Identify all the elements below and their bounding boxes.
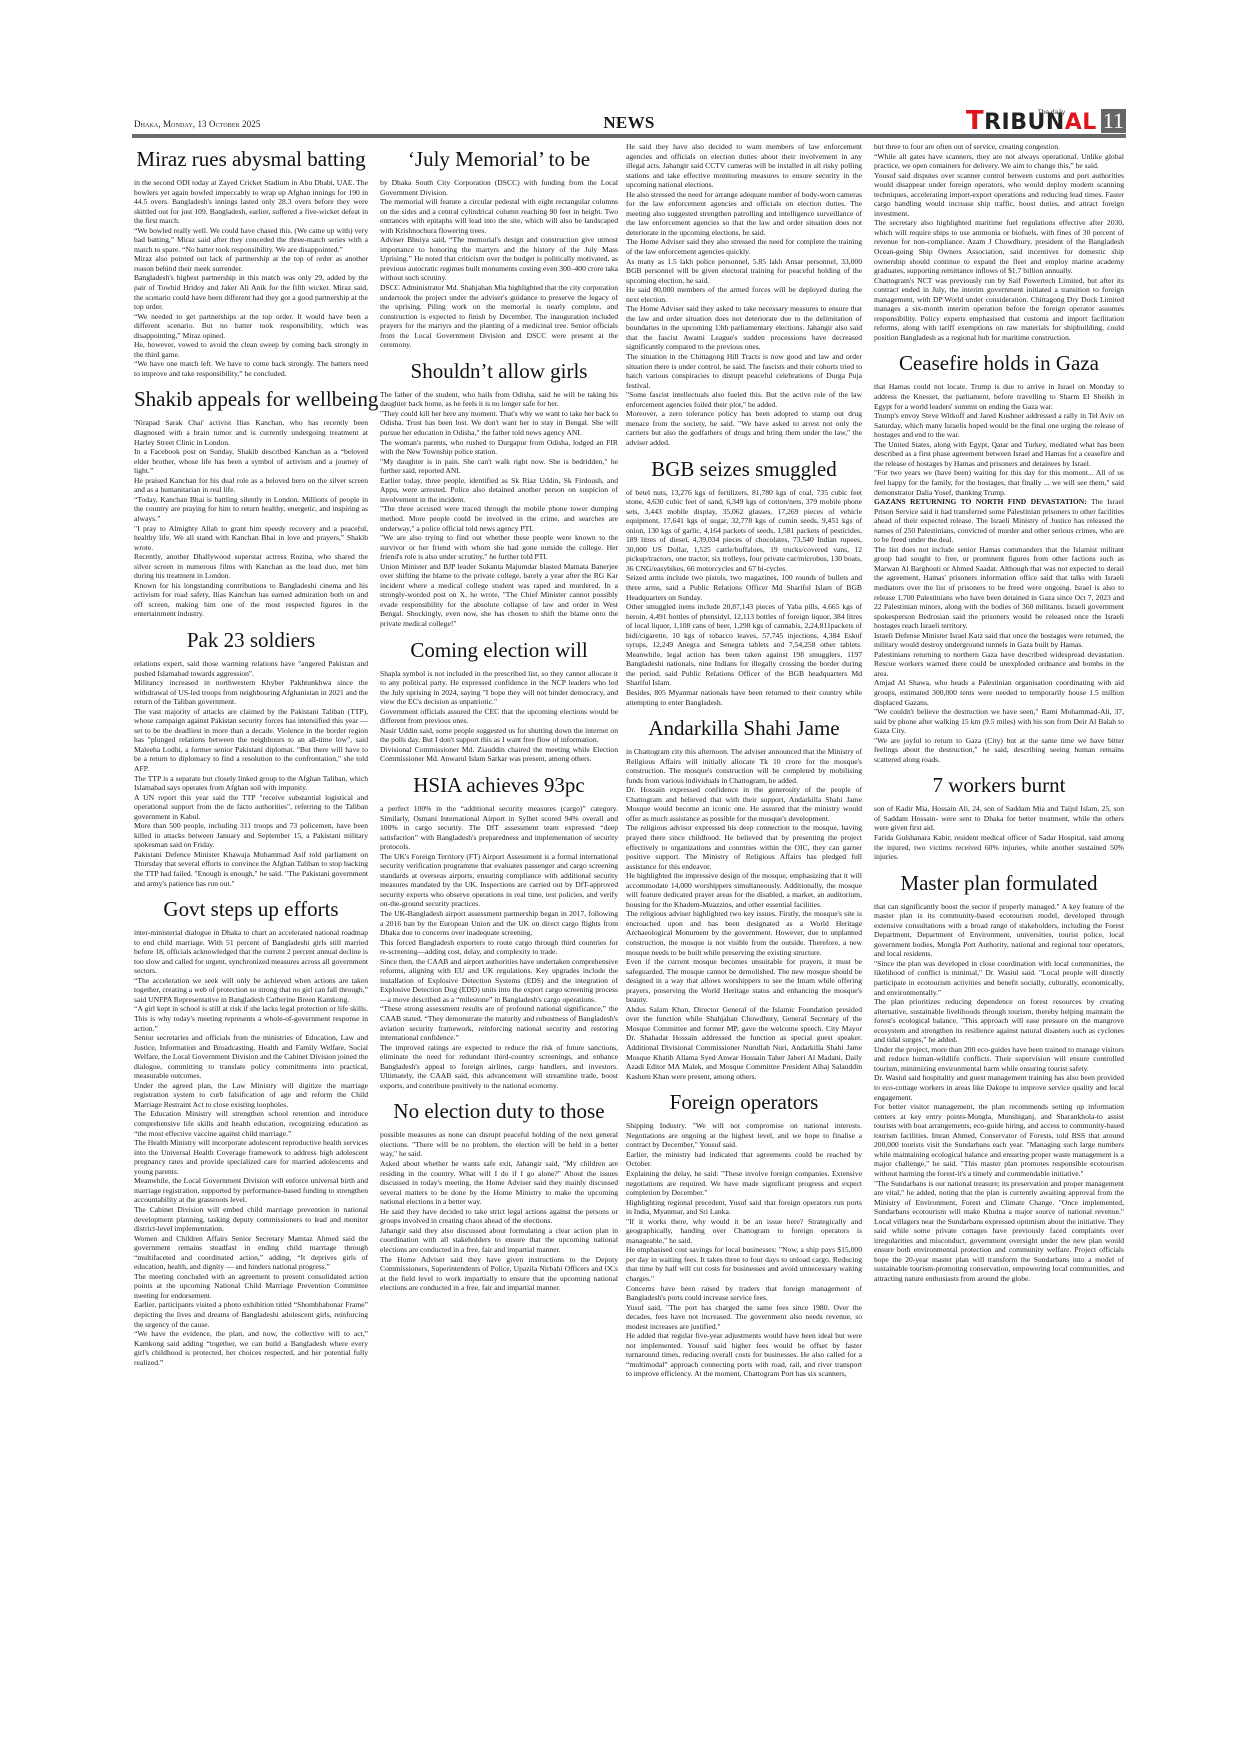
article-headline: Master plan formulated — [874, 870, 1124, 896]
article: ‘July Memorial’ to beby Dhaka South City… — [380, 146, 618, 350]
article-paragraph: in Chattogram city this afternoon. The a… — [626, 747, 862, 785]
header-rule — [132, 134, 1126, 138]
article-headline: Shakib appeals for wellbeing — [134, 386, 368, 412]
article-paragraph: Chattogram's NCT was previously run by S… — [874, 276, 1124, 343]
article-paragraph: Highlighting regional precedent, Yusuf s… — [626, 1198, 862, 1217]
article-paragraph: The list does not include senior Hamas c… — [874, 545, 1124, 631]
article-paragraph: Even if the current mosque becomes unsui… — [626, 957, 862, 1005]
article-paragraph: The vast majority of attacks are claimed… — [134, 707, 368, 774]
article-headline: No election duty to those — [380, 1098, 618, 1124]
article-paragraph: Divisional Commissioner Md. Ziauddin cha… — [380, 745, 618, 764]
article-paragraph: A UN report this year said the TTP "rece… — [134, 793, 368, 822]
article-paragraph: Israeli Defense Minister Israel Katz sai… — [874, 631, 1124, 650]
article-paragraph: “Today, Kanchan Bhai is battling silentl… — [134, 495, 368, 524]
article-paragraph: Adviser Bhuiya said, “The memorial's des… — [380, 235, 618, 283]
article-paragraph: “We have one match left. We have to come… — [134, 359, 368, 378]
subhead-lead: GAZANS RETURNING TO NORTH FIND DEVASTATI… — [874, 497, 1087, 506]
article-paragraph: The religious advisor expressed his deep… — [626, 823, 862, 871]
article-paragraph: “These strong assessment results are of … — [380, 1004, 618, 1042]
article-paragraph: As many as 1.5 lakh police personnel, 5.… — [626, 257, 862, 286]
article-paragraph: Under the project, more than 200 eco-gui… — [874, 1045, 1124, 1074]
article: HSIA achieves 93pca perfect 100% in the … — [380, 772, 618, 1090]
article-paragraph: Abdus Salam Khan, Director General of th… — [626, 1005, 862, 1081]
article-paragraph: The United States, along with Egypt, Qat… — [874, 440, 1124, 469]
article-paragraph: More than 500 people, including 311 troo… — [134, 821, 368, 850]
article-paragraph: Bangladesh's highest partnership in this… — [134, 273, 368, 311]
article-paragraph: Recently, another Dhallywood superstar a… — [134, 552, 368, 581]
article-paragraph: Asked about whether he wants safe exit, … — [380, 1159, 618, 1207]
article-paragraph: that Hamas could not locate. Trump is du… — [874, 382, 1124, 411]
article-paragraph: Trump's envoy Steve Witkoff and Jared Ku… — [874, 411, 1124, 440]
article-paragraph: "For two years we (have been) waiting fo… — [874, 468, 1124, 497]
article: Shakib appeals for wellbeing'Nirapad Sar… — [134, 386, 368, 618]
article-paragraph: This forced Bangladesh exporters to rout… — [380, 938, 618, 957]
article-paragraph: In a Facebook post on Sunday, Shakib des… — [134, 447, 368, 476]
page-number: 11 — [1101, 109, 1126, 133]
article-paragraph: "The three accused were traced through t… — [380, 504, 618, 533]
article-paragraph: inter-ministerial dialogue in Dhaka to c… — [134, 928, 368, 976]
article-paragraph: "Some fascist intellectuals also fueled … — [626, 390, 862, 409]
article-paragraph: Dr. Hossain expressed confidence in the … — [626, 785, 862, 823]
article-paragraph: “While all gates have scanners, they are… — [874, 152, 1124, 171]
article: Pak 23 soldiersrelations expert, said th… — [134, 627, 368, 888]
article-paragraph: The meeting concluded with an agreement … — [134, 1272, 368, 1301]
article-paragraph: Militancy increased in northwestern Khyb… — [134, 678, 368, 707]
article-paragraph: Miraz also pointed out lack of partnersh… — [134, 254, 368, 273]
article-paragraph: The UK-Bangladesh airport assessment par… — [380, 909, 618, 938]
article-paragraph: GAZANS RETURNING TO NORTH FIND DEVASTATI… — [874, 497, 1124, 545]
article-paragraph: He emphasised cost savings for local bus… — [626, 1245, 862, 1283]
article-paragraph: He said they have decided to take strict… — [380, 1207, 618, 1226]
article-paragraph: He, however, vowed to avoid the clean sw… — [134, 340, 368, 359]
article-paragraph: The religious adviser highlighted two ke… — [626, 909, 862, 957]
article-headline: Miraz rues abysmal batting — [134, 146, 368, 172]
logo-wordmark: The dailyTRIBUNAL — [966, 111, 1097, 133]
article-paragraph: “The acceleration we seek will only be a… — [134, 976, 368, 1005]
article-paragraph: He praised Kanchan for his dual role as … — [134, 476, 368, 495]
article: 7 workers burntson of Kadir Mia, Hossain… — [874, 772, 1124, 861]
article-paragraph: "I pray to Almighty Allah to grant him s… — [134, 524, 368, 553]
article-paragraph: He said they have also decided to warn m… — [626, 142, 862, 190]
column-4: but three to four are often out of servi… — [874, 142, 1124, 1292]
article-paragraph: The Health Ministry will incorporate ado… — [134, 1138, 368, 1176]
article-headline: BGB seizes smuggled — [626, 456, 862, 482]
article-paragraph: Besides, 805 Myanmar nationals have been… — [626, 688, 862, 707]
article: Ceasefire holds in Gazathat Hamas could … — [874, 350, 1124, 764]
article: Miraz rues abysmal battingin the second … — [134, 146, 368, 378]
article-paragraph: Earlier, participants visited a photo ex… — [134, 1300, 368, 1329]
article-paragraph: "They could kill her here any moment. Th… — [380, 409, 618, 438]
article-paragraph: The woman's parents, who rushed to Durga… — [380, 438, 618, 457]
article-paragraph: The situation in the Chittagong Hill Tra… — [626, 352, 862, 390]
article-paragraph: Government officials assured the CEC tha… — [380, 707, 618, 726]
article-paragraph: “A girl kept in school is still at risk … — [134, 1004, 368, 1033]
article-paragraph: “We have the evidence, the plan, and now… — [134, 1329, 368, 1367]
article-paragraph: Yusuf said, "The port has charged the sa… — [626, 1303, 862, 1332]
article-paragraph: Explaining the delay, he said: "These in… — [626, 1169, 862, 1198]
article-paragraph: He also stressed the need for arrange ad… — [626, 190, 862, 238]
article-paragraph: Amjad Al Shawa, who heads a Palestinian … — [874, 678, 1124, 707]
article-paragraph: but three to four are often out of servi… — [874, 142, 1124, 152]
article: Andarkilla Shahi Jamein Chattogram city … — [626, 715, 862, 1081]
article-headline: Foreign operators — [626, 1089, 862, 1115]
article-paragraph: Yousuf said disputes over scanner contro… — [874, 171, 1124, 219]
article-paragraph: possible measures as none can disrupt pe… — [380, 1130, 618, 1159]
article-paragraph: Shapla symbol is not included in the pre… — [380, 669, 618, 707]
article-paragraph: The UK's Foreign Territory (FT) Airport … — [380, 852, 618, 909]
article-paragraph: of betel nuts, 13,276 kgs of fertilizers… — [626, 488, 862, 574]
article-paragraph: The father of the student, who hails fro… — [380, 390, 618, 409]
article: No election duty to thosepossible measur… — [380, 1098, 618, 1292]
article-paragraph: Shipping Industry. "We will not compromi… — [626, 1121, 862, 1150]
column-2: ‘July Memorial’ to beby Dhaka South City… — [380, 142, 618, 1301]
article-paragraph: Other smuggled items include 20,87,143 p… — [626, 602, 862, 688]
article-headline: 7 workers burnt — [874, 772, 1124, 798]
article-paragraph: 'Nirapad Sarak Chai' activist Ilias Kanc… — [134, 418, 368, 447]
article: Master plan formulatedthat can significa… — [874, 870, 1124, 1284]
article-paragraph: Farida Gulshanara Kabir, resident medica… — [874, 833, 1124, 862]
article-headline: ‘July Memorial’ to be — [380, 146, 618, 172]
article-paragraph: He highlighted the impressive design of … — [626, 871, 862, 909]
article: BGB seizes smuggledof betel nuts, 13,276… — [626, 456, 862, 708]
article-paragraph: Concerns have been raised by traders tha… — [626, 1284, 862, 1303]
article-paragraph: Moreover, a zero tolerance policy has be… — [626, 409, 862, 447]
article-paragraph: The Cabinet Division will embed child ma… — [134, 1205, 368, 1234]
article: Govt steps up effortsinter-ministerial d… — [134, 896, 368, 1367]
article-paragraph: DSCC Administrator Md. Shahjahan Mia hig… — [380, 283, 618, 350]
article-paragraph: For better visitor management, the plan … — [874, 1102, 1124, 1178]
article-paragraph: He added that regular five-year adjustme… — [626, 1331, 862, 1379]
column-1: Miraz rues abysmal battingin the second … — [134, 142, 368, 1375]
article-paragraph: Nasir Uddin said, some people suggested … — [380, 726, 618, 745]
article-paragraph: The secretary also highlighted maritime … — [874, 218, 1124, 275]
article-paragraph: "The Sundarbans is our national treasure… — [874, 1179, 1124, 1284]
article-paragraph: Earlier, the ministry had indicated that… — [626, 1150, 862, 1169]
article-paragraph: The memorial will feature a circular ped… — [380, 197, 618, 235]
article-paragraph: The Education Ministry will strengthen s… — [134, 1109, 368, 1138]
article-headline: Andarkilla Shahi Jame — [626, 715, 862, 741]
article-paragraph: The Home Adviser said they have given in… — [380, 1255, 618, 1293]
article: He said they have also decided to warn m… — [626, 142, 862, 448]
article-paragraph: Seized arms include two pistols, two mag… — [626, 573, 862, 602]
article-paragraph: "Since the plan was developed in close c… — [874, 959, 1124, 997]
logo-tagline: The daily — [1038, 103, 1065, 123]
article-paragraph: a perfect 100% in the “additional securi… — [380, 804, 618, 852]
article-paragraph: "My daughter is in pain. She can't walk … — [380, 457, 618, 476]
article-paragraph: Known for his longstanding contributions… — [134, 581, 368, 619]
article-paragraph: Under the agreed plan, the Law Ministry … — [134, 1081, 368, 1110]
article: Coming election willShapla symbol is not… — [380, 637, 618, 764]
article-headline: HSIA achieves 93pc — [380, 772, 618, 798]
article-paragraph: He said 80,000 members of the armed forc… — [626, 285, 862, 304]
article-paragraph: Union Minister and BJP leader Sukanta Ma… — [380, 562, 618, 629]
article-paragraph: "We couldn't believe the destruction we … — [874, 707, 1124, 736]
article-paragraph: that can significantly boost the sector … — [874, 902, 1124, 959]
masthead: Dhaka, Monday, 13 October 2025 NEWS The … — [132, 100, 1126, 136]
newspaper-logo: The dailyTRIBUNAL 11 — [966, 107, 1126, 133]
article-paragraph: “We bowled really well. We could have ch… — [134, 226, 368, 255]
article: but three to four are often out of servi… — [874, 142, 1124, 342]
article-paragraph: relations expert, said those warming rel… — [134, 659, 368, 678]
column-3: He said they have also decided to warn m… — [626, 142, 862, 1387]
article-paragraph: Dr. Wasiul said hospitality and guest ma… — [874, 1073, 1124, 1102]
article-paragraph: The TTP is a separate but closely linked… — [134, 774, 368, 793]
article-paragraph: by Dhaka South City Corporation (DSCC) w… — [380, 178, 618, 197]
article-paragraph: Women and Children Affairs Senior Secret… — [134, 1234, 368, 1272]
article-headline: Ceasefire holds in Gaza — [874, 350, 1124, 376]
article-paragraph: Palestinians returning to northern Gaza … — [874, 650, 1124, 679]
article-headline: Coming election will — [380, 637, 618, 663]
article-paragraph: The plan prioritizes reducing dependence… — [874, 997, 1124, 1045]
article-paragraph: Pakistani Defence Minister Khawaja Muham… — [134, 850, 368, 888]
article-paragraph: “We needed to get partnerships at the to… — [134, 312, 368, 341]
article-paragraph: The Home Adviser said they asked to take… — [626, 304, 862, 352]
article-paragraph: Meanwhile, the Local Government Division… — [134, 1176, 368, 1205]
article-paragraph: "If it works there, why would it be an i… — [626, 1217, 862, 1246]
article-headline: Pak 23 soldiers — [134, 627, 368, 653]
article-paragraph: Jahangir said they also discussed about … — [380, 1226, 618, 1255]
article-paragraph: The Home Adviser said they also stressed… — [626, 237, 862, 256]
article-paragraph: Earlier today, three people, identified … — [380, 476, 618, 505]
article-paragraph: The improved ratings are expected to red… — [380, 1043, 618, 1091]
article-headline: Shouldn’t allow girls — [380, 358, 618, 384]
article-paragraph: "We are joyful to return to Gaza (City) … — [874, 736, 1124, 765]
article-paragraph: in the second ODI today at Zayed Cricket… — [134, 178, 368, 226]
article-paragraph: son of Kadir Mia, Hossain Ali, 24, son o… — [874, 804, 1124, 833]
article-headline: Govt steps up efforts — [134, 896, 368, 922]
article: Foreign operatorsShipping Industry. "We … — [626, 1089, 862, 1379]
article-paragraph: Senior secretaries and officials from th… — [134, 1033, 368, 1081]
article-paragraph: "We are also trying to find out whether … — [380, 533, 618, 562]
article-paragraph: Since then, the CAAB and airport authori… — [380, 957, 618, 1005]
article: Shouldn’t allow girlsThe father of the s… — [380, 358, 618, 629]
